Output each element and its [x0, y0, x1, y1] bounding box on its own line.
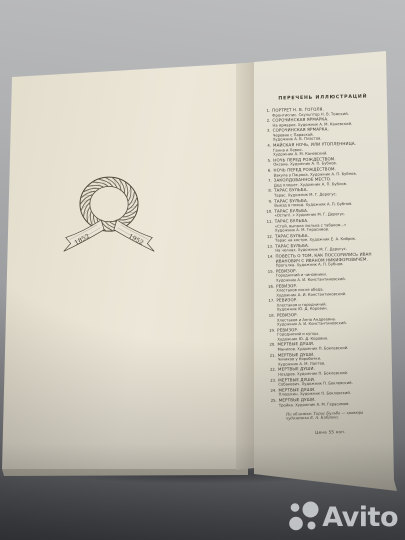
entry-number: 17. — [264, 299, 274, 304]
illustrations-list: 1.ПОРТРЕТ Н. В. ГОГОЛЯ.Фронтиспис. Скуль… — [260, 106, 391, 408]
illustration-entry: 19.РЕВИЗОР.Городничий и купцы.Художник Ю… — [265, 326, 389, 342]
illustration-entry: 4.МАЙСКАЯ НОЧЬ, ИЛИ УТОПЛЕННИЦА.Ганна и … — [261, 141, 385, 157]
entry-number: 13. — [263, 245, 273, 250]
avito-watermark: Avito — [286, 500, 398, 534]
illustrations-page-content: ПЕРЕЧЕНЬ ИЛЛЮСТРАЦИЙ 1.ПОРТРЕТ Н. В. ГОГ… — [256, 57, 397, 480]
entry-number: 9. — [262, 199, 272, 204]
illustration-entry: 3.СОРОЧИНСКАЯ ЯРМАРКА.Черевик с Параской… — [261, 126, 385, 142]
illustration-entry: 15.РЕВИЗОР.Городничий и чиновники.Художн… — [264, 267, 388, 283]
entry-number: 14. — [263, 255, 273, 260]
entry-number: 8. — [262, 189, 272, 194]
entry-number: 23. — [266, 378, 276, 383]
illustration-entry: 25.МЕРТВЫЕ ДУШИ.Тройка. Художник А. М. Г… — [267, 396, 391, 408]
entry-number: 16. — [264, 284, 274, 289]
entry-number: 24. — [266, 388, 276, 393]
entry-number: 3. — [261, 129, 271, 134]
entry-number: 19. — [265, 328, 275, 333]
illustration-entry: 21.МЕРТВЫЕ ДУШИ.Чичиков у Коробочки.Худо… — [266, 351, 390, 367]
entry-number: 1. — [260, 109, 270, 114]
entry-number: 21. — [266, 353, 276, 358]
illustrations-list-title: ПЕРЕЧЕНЬ ИЛЛЮСТРАЦИЙ — [257, 94, 389, 102]
entry-number: 2. — [260, 119, 270, 124]
illustration-entry: 11.ТАРАС БУЛЬБА.«Стой, выпала люлька с т… — [263, 217, 387, 233]
entry-number: 20. — [265, 343, 275, 348]
illustration-entry: 14.ПОВЕСТЬ О ТОМ, КАК ПОССОРИЛИСЬ ИВАНИВ… — [263, 252, 387, 268]
entry-number: 10. — [262, 209, 272, 214]
entry-number: 4. — [261, 144, 271, 149]
entry-number: 18. — [265, 314, 275, 319]
entry-number: 7. — [262, 179, 272, 184]
entry-number: 5. — [261, 159, 271, 164]
cover-footnote: На обложке: Тарас Бульба — гравюрахудожн… — [286, 409, 396, 421]
entry-number: 22. — [266, 368, 276, 373]
avito-dots-icon — [286, 500, 320, 534]
illustration-entry: 16.РЕВИЗОР.Хлестаков после обеда.Художни… — [264, 282, 388, 298]
avito-wordmark: Avito — [322, 502, 398, 533]
laurel-wreath-illustration: 1852 1952 — [50, 164, 168, 258]
entry-number: 25. — [267, 399, 277, 404]
illustration-entry: 18.РЕВИЗОР.Хлестаков и Анна Андреевна.Ху… — [265, 311, 389, 327]
book-photo: 1852 1952 ПЕРЕЧЕНЬ ИЛЛЮСТРАЦИЙ 1.ПОРТРЕТ… — [0, 0, 405, 540]
entry-number: 15. — [264, 269, 274, 274]
entry-number: 6. — [261, 169, 271, 174]
entry-number: 11. — [263, 220, 273, 225]
price-label: Цена 55 коп. — [264, 428, 396, 436]
entry-number: 12. — [263, 234, 273, 239]
illustration-entry: 17.РЕВИЗОР.Хлестаков и городничий.Художн… — [264, 296, 388, 312]
